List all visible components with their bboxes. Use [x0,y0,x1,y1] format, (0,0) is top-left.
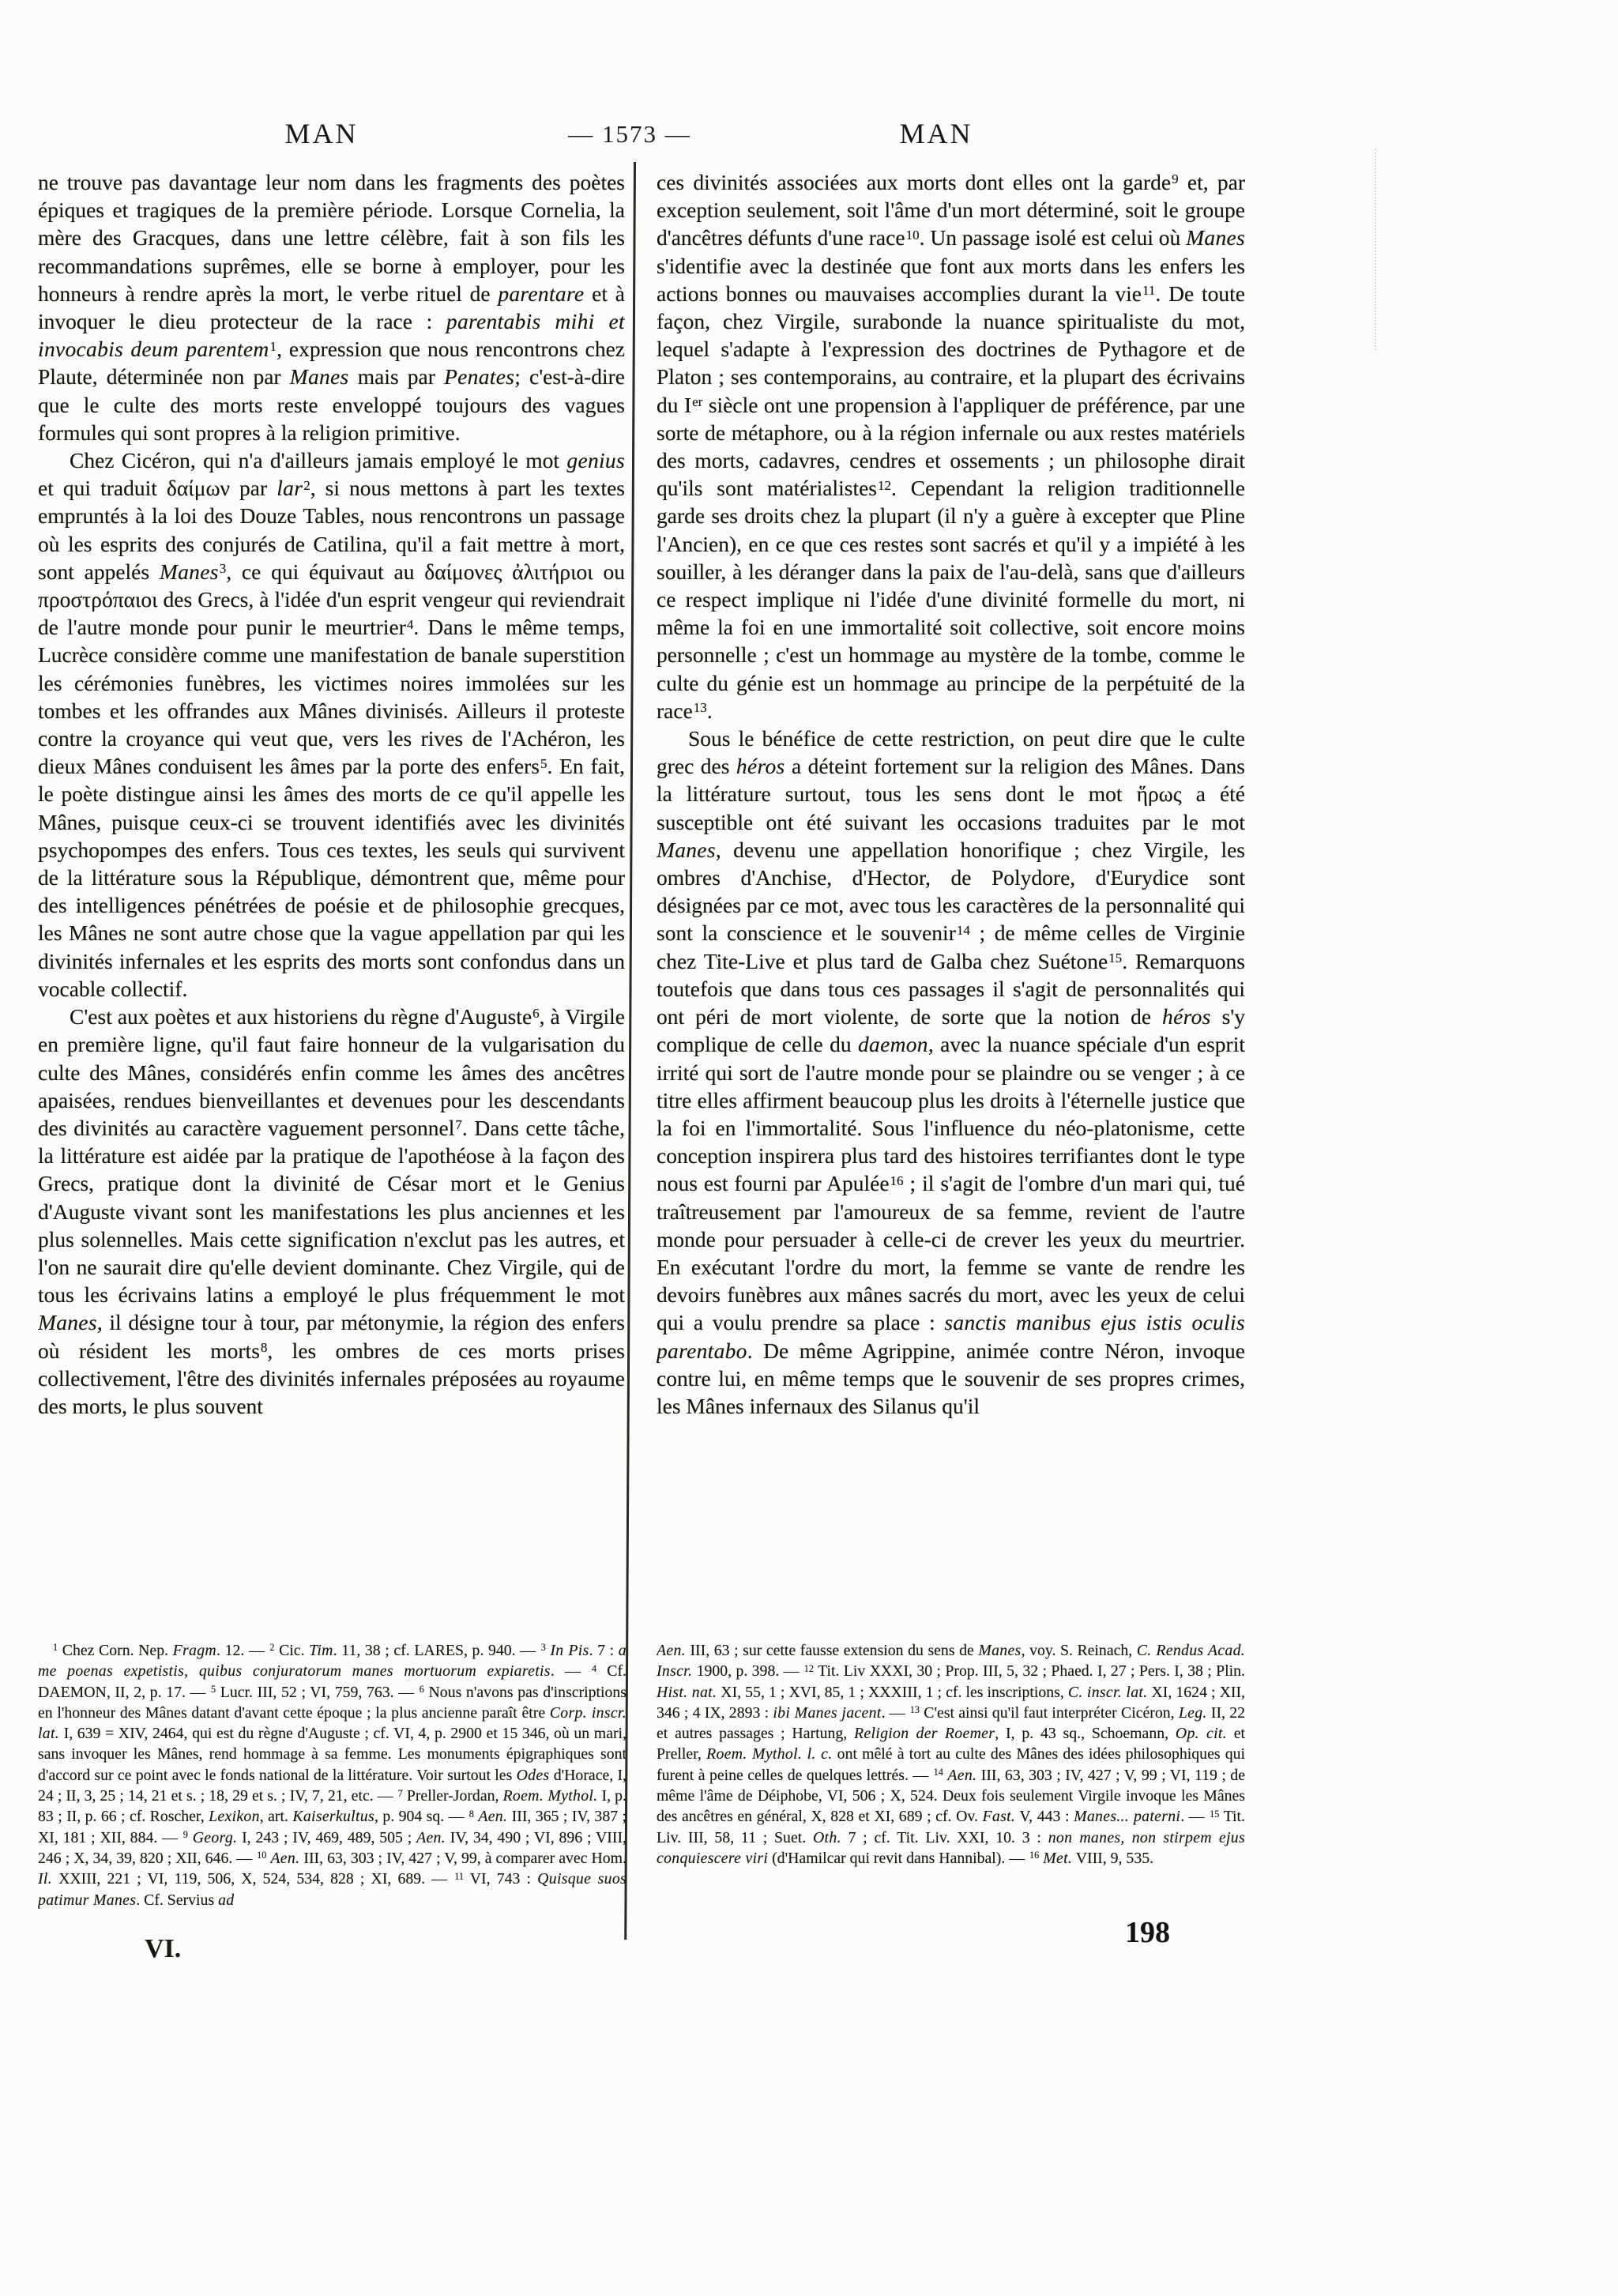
volume-signature: VI. [145,1934,181,1964]
sheet-signature: 198 [1125,1915,1170,1950]
scan-artifact-line [1375,149,1376,350]
page-number: — 1573 — [568,120,691,149]
paragraph-right-1: ces divinités associées aux morts dont e… [657,168,1245,725]
running-title-left: MAN [284,117,358,150]
footnote-block-right: Aen. III, 63 ; sur cette fausse extensio… [657,1640,1245,1934]
footnote-block-left: 1 Chez Corn. Nep. Fragm. 12. — 2 Cic. Ti… [38,1640,627,1934]
scanned-dictionary-page: MAN — 1573 — MAN ne trouve pas davantage… [0,0,1618,2296]
paragraph-right-2: Sous le bénéfice de cette restriction, o… [657,725,1245,1420]
text-column-left: ne trouve pas davantage leur nom dans le… [38,168,625,1619]
paragraph-left-3: C'est aux poètes et aux historiens du rè… [38,1003,625,1420]
paragraph-left-1: ne trouve pas davantage leur nom dans le… [38,168,625,446]
paragraph-left-2: Chez Cicéron, qui n'a d'ailleurs jamais … [38,446,625,1003]
text-column-right: ces divinités associées aux morts dont e… [657,168,1245,1619]
running-title-right: MAN [899,117,973,150]
